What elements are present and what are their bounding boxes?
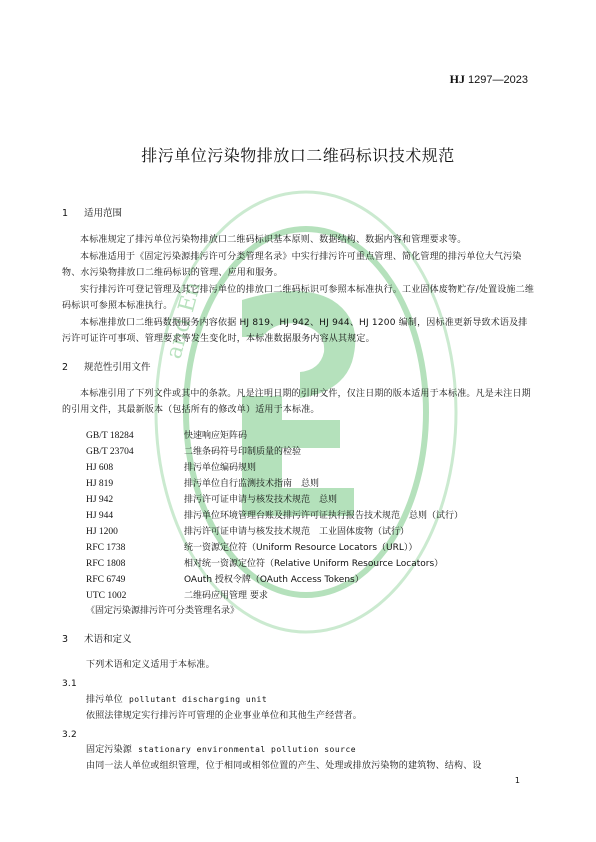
reference-code: HJ 944 — [86, 511, 184, 521]
term-en: pollutant discharging unit — [129, 695, 267, 704]
reference-code: RFC 1808 — [86, 559, 184, 569]
reference-row: HJ 1200排污许可证申请与核发技术规范 工业固体废物（试行） — [86, 524, 409, 538]
section-1-paragraph-1: 本标准规定了排污单位污染物排放口二维码标识基本原则、数据结构、数据内容和管理要求… — [62, 232, 536, 248]
term-definition: 由同一法人单位或组织管理，位于相同或相邻位置的产生、处理或排放污染物的建筑物、结… — [86, 758, 482, 774]
section-3-intro: 下列术语和定义适用于本标准。 — [86, 657, 215, 673]
section-1-paragraph-3: 实行排污许可登记管理及其它排污单位的排放口二维码标识可参照本标准执行。工业固体废… — [62, 282, 536, 314]
reference-code: GB/T 23704 — [86, 447, 184, 457]
reference-code: HJ 608 — [86, 463, 184, 473]
reference-code: HJ 819 — [86, 479, 184, 489]
reference-title: 排污单位编码规则 — [184, 463, 256, 473]
reference-extra: 《固定污染源排污许可分类管理名录》 — [86, 603, 239, 617]
standard-code-prefix: HJ — [450, 72, 465, 86]
standard-code-number: 1297—2023 — [468, 74, 528, 86]
reference-row: HJ 608排污单位编码规则 — [86, 460, 256, 474]
reference-row: HJ 819排污单位自行监测技术指南 总则 — [86, 476, 319, 490]
standard-code: HJ 1297—2023 — [450, 72, 528, 87]
reference-row: RFC 1738统一资源定位符（Uniform Resource Locator… — [86, 540, 417, 554]
reference-title: 排污单位自行监测技术指南 总则 — [184, 479, 319, 489]
reference-row: GB/T 18284快速响应矩阵码 — [86, 428, 247, 442]
section-2-heading: 2规范性引用文件 — [62, 359, 151, 373]
section-number: 1 — [62, 208, 84, 219]
reference-code: UTC 1002 — [86, 591, 184, 601]
reference-code: GB/T 18284 — [86, 431, 184, 441]
reference-title: 二维条码符号印制质量的检验 — [184, 447, 301, 457]
term-number: 3.2 — [62, 727, 77, 743]
term-en: stationary environmental pollution sourc… — [138, 745, 356, 754]
reference-title: 排污许可证申请与核发技术规范 总则 — [184, 495, 337, 505]
document-title: 排污单位污染物排放口二维码标识技术规范 — [0, 143, 596, 166]
section-3-heading: 3术语和定义 — [62, 631, 132, 645]
reference-title: 快速响应矩阵码 — [184, 431, 247, 441]
term-definition: 依照法律规定实行排污许可管理的企业事业单位和其他生产经营者。 — [86, 708, 362, 724]
reference-code: RFC 1738 — [86, 543, 184, 553]
section-title: 术语和定义 — [84, 634, 132, 645]
term-heading: 排污单位 pollutant discharging unit — [86, 692, 267, 708]
section-number: 2 — [62, 362, 84, 373]
reference-title: OAuth 授权令牌（OAuth Access Tokens） — [184, 575, 364, 585]
reference-title: 排污许可证申请与核发技术规范 工业固体废物（试行） — [184, 527, 409, 537]
reference-row: HJ 944排污单位环境管理台账及排污许可证执行报告技术规范 总则（试行） — [86, 508, 463, 522]
section-1-paragraph-4: 本标准排放口二维码数据服务内容依据 HJ 819、HJ 942、HJ 944、H… — [62, 315, 536, 347]
term-cn: 固定污染源 — [86, 745, 132, 755]
reference-title: 二维码应用管理 要求 — [184, 591, 268, 601]
section-1-heading: 1适用范围 — [62, 205, 122, 219]
reference-code: HJ 1200 — [86, 527, 184, 537]
reference-row: GB/T 23704二维条码符号印制质量的检验 — [86, 444, 301, 458]
reference-title: 相对统一资源定位符（Relative Uniform Resource Loca… — [184, 559, 443, 569]
reference-title: 统一资源定位符（Uniform Resource Locators（URL）） — [184, 543, 417, 553]
term-cn: 排污单位 — [86, 695, 123, 705]
reference-row: RFC 6749OAuth 授权令牌（OAuth Access Tokens） — [86, 572, 364, 586]
reference-row: RFC 1808相对统一资源定位符（Relative Uniform Resou… — [86, 556, 443, 570]
section-title: 规范性引用文件 — [84, 362, 151, 373]
reference-row: HJ 942排污许可证申请与核发技术规范 总则 — [86, 492, 337, 506]
section-title: 适用范围 — [84, 208, 122, 219]
section-2-intro: 本标准引用了下列文件或其中的条款。凡是注明日期的引用文件，仅注日期的版本适用于本… — [62, 386, 536, 418]
page-number: 1 — [515, 776, 520, 785]
reference-title: 排污单位环境管理台账及排污许可证执行报告技术规范 总则（试行） — [184, 511, 463, 521]
section-number: 3 — [62, 634, 84, 645]
term-number: 3.1 — [62, 676, 77, 692]
reference-row: UTC 1002二维码应用管理 要求 — [86, 588, 268, 602]
term-heading: 固定污染源 stationary environmental pollution… — [86, 742, 356, 758]
reference-code: RFC 6749 — [86, 575, 184, 585]
reference-code: HJ 942 — [86, 495, 184, 505]
document-page: and En HJ 1297—2023 排污单位污染物排放口二维码标识技术规范 … — [0, 0, 596, 842]
section-1-paragraph-2: 本标准适用于《固定污染源排污许可分类管理名录》中实行排污许可重点管理、简化管理的… — [62, 249, 536, 281]
